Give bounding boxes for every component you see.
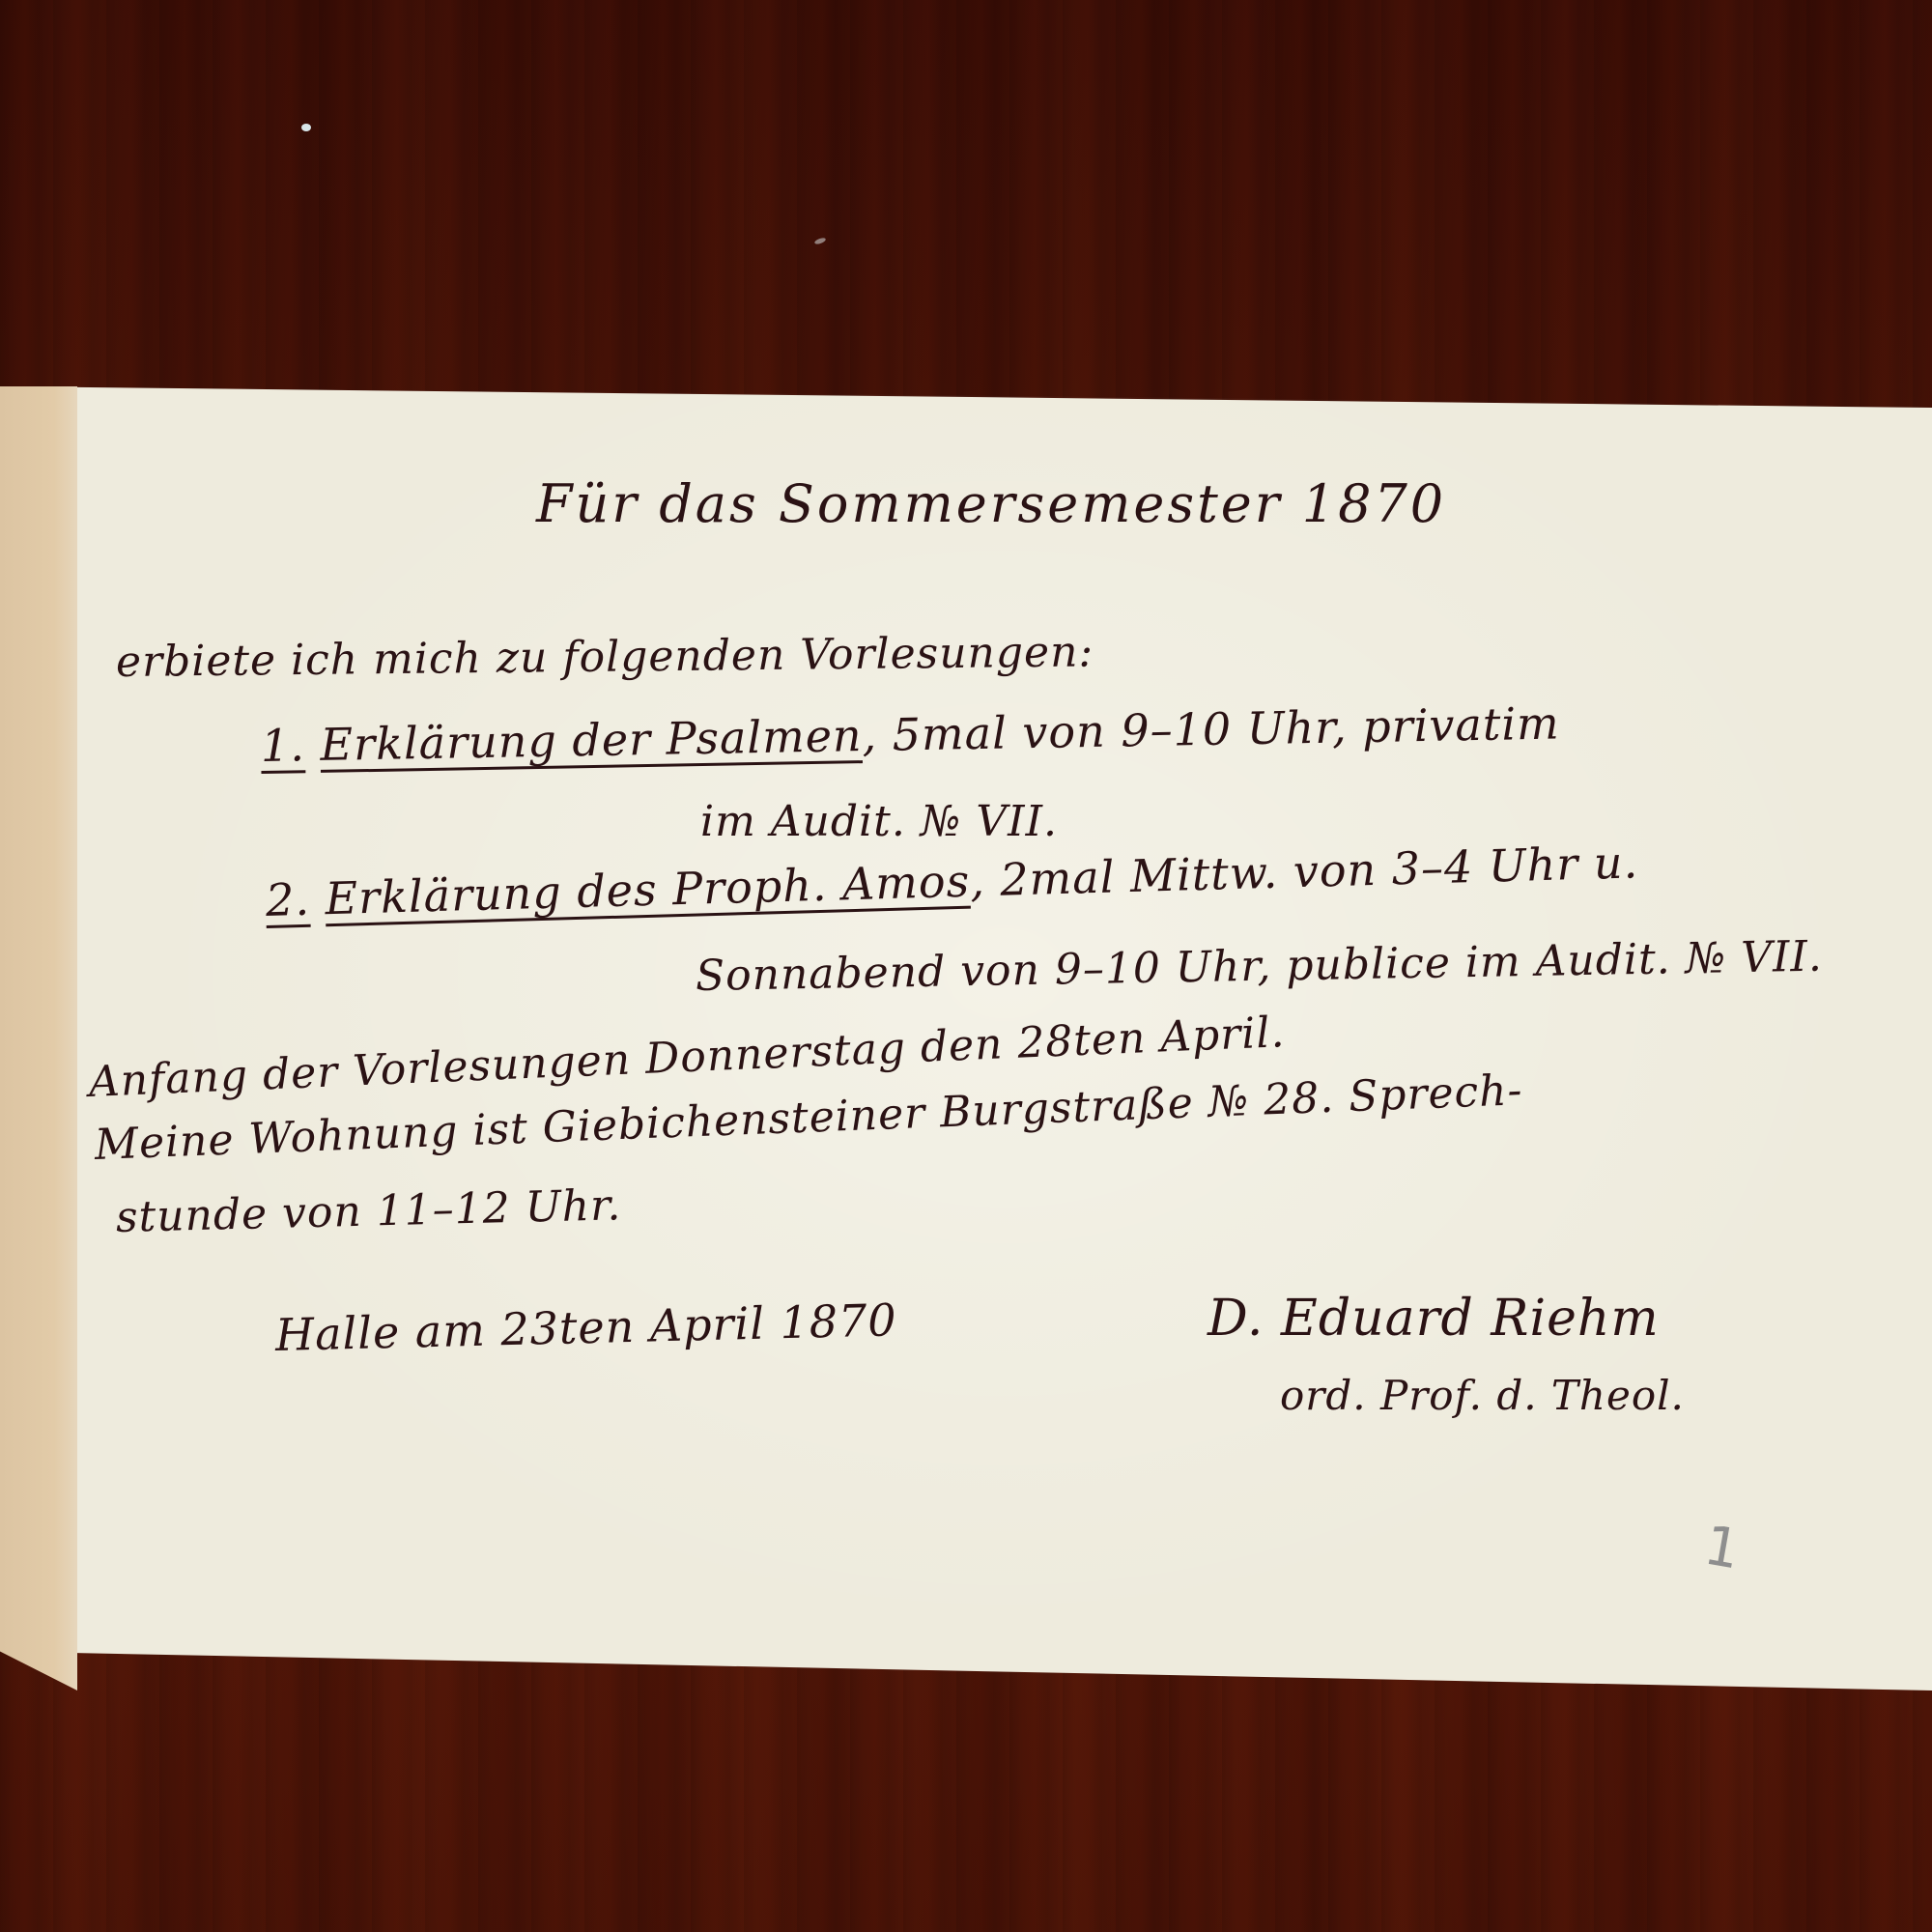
- lecture-1-subject: Erklärung der Psalmen: [320, 709, 863, 771]
- signature-title: ord. Prof. d. Theol.: [1280, 1372, 1685, 1419]
- lecture-1-number: 1.: [261, 719, 306, 772]
- signature-name: D. Eduard Riehm: [1207, 1290, 1660, 1348]
- paper-edge-strip: [0, 386, 77, 1690]
- dust-speck: [301, 124, 311, 131]
- lecture-2-number: 2.: [265, 873, 310, 926]
- intro-line: erbiete ich mich zu folgenden Vorlesunge…: [116, 627, 1094, 687]
- dust-speck: [814, 237, 827, 245]
- document-title: Für das Sommersemester 1870: [536, 473, 1446, 534]
- lecture-1-location: im Audit. № VII.: [700, 797, 1058, 846]
